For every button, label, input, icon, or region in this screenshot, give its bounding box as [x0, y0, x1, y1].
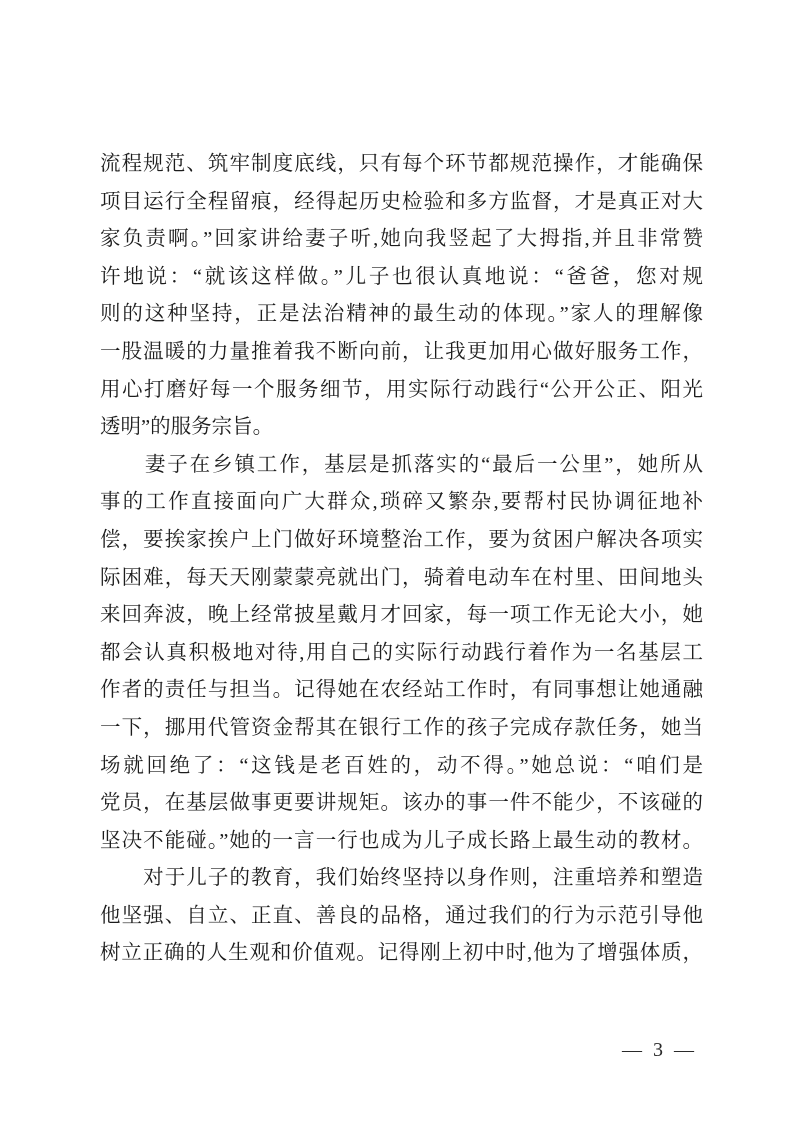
text-line: 事的工作直接面向广大群众,琐碎又繁杂,要帮村民协调征地补: [100, 484, 703, 522]
document-page: 流程规范、筑牢制度底线，只有每个环节都规范操作，才能确保 项目运行全程留痕，经得…: [0, 0, 793, 1122]
text-line: 一股温暖的力量推着我不断向前，让我更加用心做好服务工作，: [100, 334, 703, 372]
text-line: 许地说：“就该这样做。”儿子也很认真地说：“爸爸，您对规: [100, 259, 703, 297]
text-line: 家负责啊。”回家讲给妻子听,她向我竖起了大拇指,并且非常赞: [100, 221, 703, 259]
page-number: — 3 —: [622, 1036, 697, 1064]
paragraph-3: 对于儿子的教育，我们始终坚持以身作则，注重培养和塑造 他坚强、自立、正直、善良的…: [100, 860, 703, 973]
text-line: 坚决不能碰。”她的一言一行也成为儿子成长路上最生动的教材。: [100, 823, 703, 861]
body-text: 流程规范、筑牢制度底线，只有每个环节都规范操作，才能确保 项目运行全程留痕，经得…: [100, 146, 703, 973]
text-line: 流程规范、筑牢制度底线，只有每个环节都规范操作，才能确保: [100, 146, 703, 184]
text-line: 树立正确的人生观和价值观。记得刚上初中时,他为了增强体质，: [100, 935, 703, 973]
text-line: 透明”的服务宗旨。: [100, 409, 703, 447]
text-line: 用心打磨好每一个服务细节，用实际行动践行“公开公正、阳光: [100, 372, 703, 410]
text-line: 一下，挪用代管资金帮其在银行工作的孩子完成存款任务，她当: [100, 710, 703, 748]
text-line: 则的这种坚持，正是法治精神的最生动的体现。”家人的理解像: [100, 296, 703, 334]
text-line: 妻子在乡镇工作，基层是抓落实的“最后一公里”，她所从: [100, 447, 703, 485]
text-line: 对于儿子的教育，我们始终坚持以身作则，注重培养和塑造: [100, 860, 703, 898]
text-line: 偿，要挨家挨户上门做好环境整治工作，要为贫困户解决各项实: [100, 522, 703, 560]
text-line: 他坚强、自立、正直、善良的品格，通过我们的行为示范引导他: [100, 898, 703, 936]
text-line: 场就回绝了：“这钱是老百姓的，动不得。”她总说：“咱们是: [100, 748, 703, 786]
text-line: 项目运行全程留痕，经得起历史检验和多方监督，才是真正对大: [100, 184, 703, 222]
text-line: 来回奔波，晚上经常披星戴月才回家，每一项工作无论大小，她: [100, 597, 703, 635]
paragraph-1: 流程规范、筑牢制度底线，只有每个环节都规范操作，才能确保 项目运行全程留痕，经得…: [100, 146, 703, 447]
text-line: 际困难，每天天刚蒙蒙亮就出门，骑着电动车在村里、田间地头: [100, 560, 703, 598]
text-line: 党员，在基层做事更要讲规矩。该办的事一件不能少，不该碰的: [100, 785, 703, 823]
paragraph-2: 妻子在乡镇工作，基层是抓落实的“最后一公里”，她所从 事的工作直接面向广大群众,…: [100, 447, 703, 861]
text-line: 作者的责任与担当。记得她在农经站工作时，有同事想让她通融: [100, 672, 703, 710]
text-line: 都会认真积极地对待,用自己的实际行动践行着作为一名基层工: [100, 635, 703, 673]
